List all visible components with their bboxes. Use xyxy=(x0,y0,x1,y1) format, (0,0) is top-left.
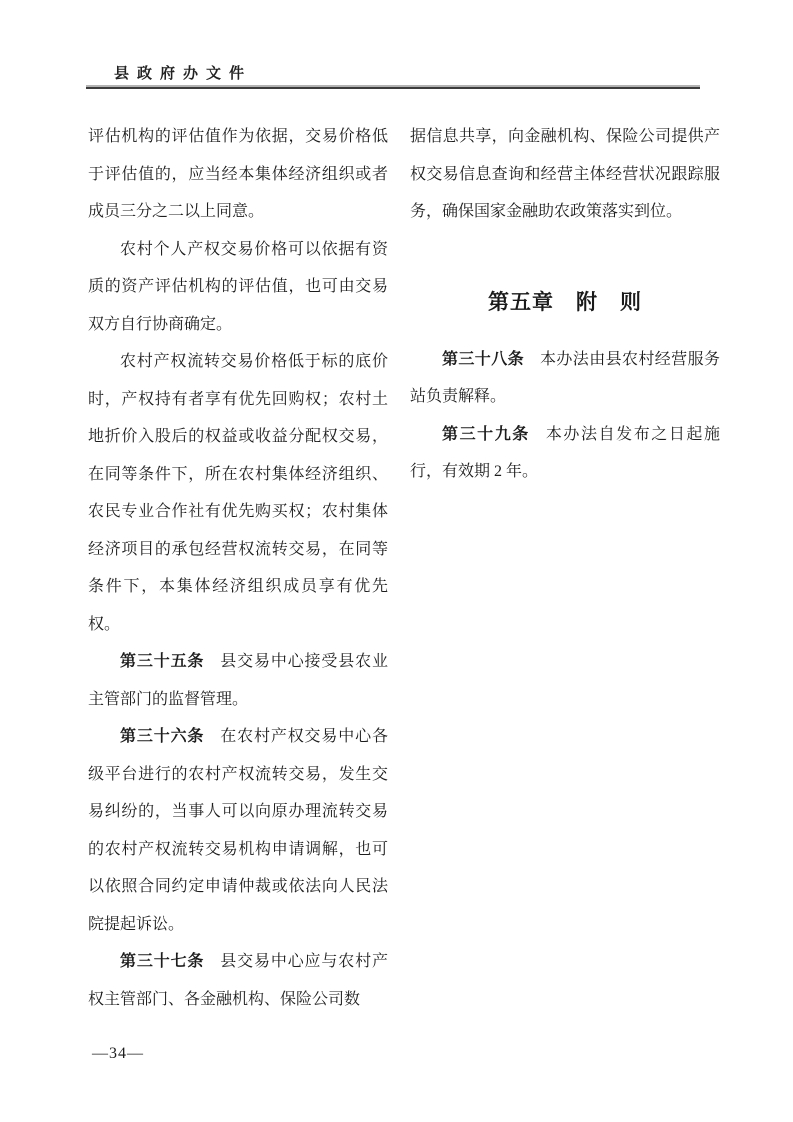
article-paragraph: 第三十五条县交易中心接受县农业主管部门的监督管理。 xyxy=(88,643,388,718)
article-number: 第三十五条 xyxy=(120,653,204,670)
article-paragraph: 第三十九条本办法自发布之日起施行，有效期 2 年。 xyxy=(410,416,720,491)
chapter-heading: 第五章 附 则 xyxy=(410,287,720,319)
article-number: 第三十六条 xyxy=(120,728,204,745)
article-number: 第三十七条 xyxy=(120,953,204,970)
paragraph: 农村个人产权交易价格可以依据有资质的资产评估机构的评估值，也可由交易双方自行协商… xyxy=(88,231,388,344)
article-paragraph: 第三十六条在农村产权交易中心各级平台进行的农村产权流转交易，发生交易纠纷的，当事… xyxy=(88,718,388,943)
article-number: 第三十八条 xyxy=(442,351,524,368)
article-number: 第三十九条 xyxy=(442,426,530,443)
paragraph-continuation: 评估机构的评估值作为依据，交易价格低于评估值的，应当经本集体经济组织或者成员三分… xyxy=(88,118,388,231)
left-column: 评估机构的评估值作为依据，交易价格低于评估值的，应当经本集体经济组织或者成员三分… xyxy=(88,118,388,1018)
paragraph-continuation: 据信息共享，向金融机构、保险公司提供产权交易信息查询和经营主体经营状况跟踪服务，… xyxy=(410,118,720,231)
article-text: 在农村产权交易中心各级平台进行的农村产权流转交易，发生交易纠纷的，当事人可以向原… xyxy=(88,728,388,933)
header-rule xyxy=(86,85,700,89)
page-number: —34— xyxy=(92,1042,144,1066)
article-paragraph: 第三十八条本办法由县农村经营服务站负责解释。 xyxy=(410,341,720,416)
header-doc-type-label: 县政府办文件 xyxy=(114,62,252,83)
article-paragraph: 第三十七条县交易中心应与农村产权主管部门、各金融机构、保险公司数 xyxy=(88,943,388,1018)
paragraph: 农村产权流转交易价格低于标的底价时，产权持有者享有优先回购权；农村土地折价入股后… xyxy=(88,343,388,643)
right-column: 据信息共享，向金融机构、保险公司提供产权交易信息查询和经营主体经营状况跟踪服务，… xyxy=(410,118,720,491)
